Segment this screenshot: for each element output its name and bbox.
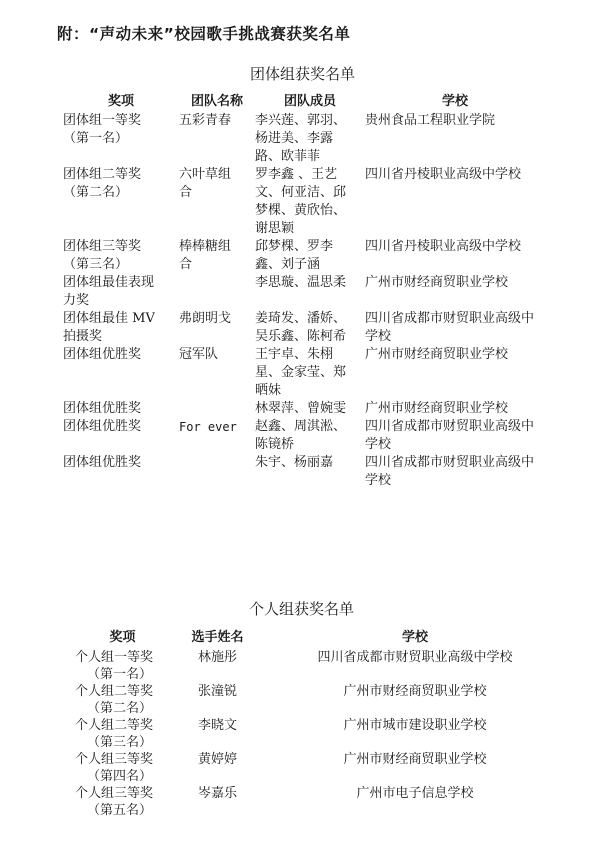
contestant-name-cell: 岑嘉乐 bbox=[198, 786, 237, 801]
team-name-cell: 六叶草组合 bbox=[179, 166, 237, 202]
team-name-cell: 冠军队 bbox=[179, 346, 237, 364]
team-section-title-text: 团体组获奖名单 bbox=[250, 65, 355, 83]
members-cell: 朱宇、杨丽嘉 bbox=[255, 454, 355, 472]
table-row: 团体组优胜奖 For ever 赵鑫、周淇淞、陈镜桥 四川省成都市财贸职业高级中… bbox=[63, 418, 545, 454]
award-cell: 个人组一等奖 bbox=[75, 649, 170, 666]
individual-awards-table: 奖项 选手姓名 学校 个人组一等奖（第一名） 林施彤 四川省成都市财贸职业高级中… bbox=[75, 627, 565, 819]
header-school: 学校 bbox=[265, 627, 565, 649]
table-row: 团体组一等奖（第一名） 五彩青春 李兴莲、郭羽、杨进美、李露路、欧菲菲 贵州食品… bbox=[63, 112, 545, 166]
members-cell: 李思璇、温思柔 bbox=[255, 274, 355, 292]
table-row: 团体组二等奖（第二名） 六叶草组合 罗李鑫 、王艺文、何亚洁、邱梦棵、黄欣怡、谢… bbox=[63, 166, 545, 238]
rank-cell: （第二名） bbox=[75, 700, 170, 717]
table-header-row: 奖项 选手姓名 学校 bbox=[75, 627, 565, 649]
table-row: 团体组最佳表现力奖 李思璇、温思柔 广州市财经商贸职业学校 bbox=[63, 274, 545, 310]
contestant-name-cell: 李晓文 bbox=[198, 718, 237, 733]
table-row: 个人组三等奖（第四名） 黄婷婷 广州市财经商贸职业学校 bbox=[75, 751, 565, 785]
table-row: 团体组优胜奖 冠军队 王宇卓、朱栩星、金家莹、郑晒妹 广州市财经商贸职业学校 bbox=[63, 346, 545, 400]
individual-section-title: 个人组获奖名单 bbox=[0, 598, 615, 619]
rank-cell: （第三名） bbox=[75, 734, 170, 751]
header-award: 奖项 bbox=[63, 92, 179, 112]
contestant-name-cell: 黄婷婷 bbox=[198, 752, 237, 767]
rank-cell: （第五名） bbox=[75, 802, 170, 819]
team-name-cell: For ever bbox=[179, 418, 237, 436]
school-cell: 广州市财经商贸职业学校 bbox=[343, 752, 486, 767]
header-members: 团队成员 bbox=[255, 92, 365, 112]
header-school: 学校 bbox=[365, 92, 545, 112]
members-cell: 邱梦棵、罗李鑫、刘子涵 bbox=[255, 238, 355, 274]
school-cell: 广州市财经商贸职业学校 bbox=[365, 346, 540, 364]
award-cell: 团体组优胜奖 bbox=[63, 418, 163, 436]
members-cell: 林翠萍、曾婉雯 bbox=[255, 400, 355, 418]
school-cell: 广州市电子信息学校 bbox=[356, 786, 473, 801]
team-name-cell: 五彩青春 bbox=[179, 112, 237, 130]
header-award: 奖项 bbox=[75, 627, 170, 649]
members-cell: 王宇卓、朱栩星、金家莹、郑晒妹 bbox=[255, 346, 355, 400]
school-cell: 广州市财经商贸职业学校 bbox=[365, 400, 540, 418]
members-cell: 姜琦发、潘娇、吴乐鑫、陈柯希 bbox=[255, 310, 355, 346]
individual-section-title-text: 个人组获奖名单 bbox=[249, 600, 354, 618]
header-team-name: 团队名称 bbox=[179, 92, 255, 112]
table-row: 团体组优胜奖 朱宇、杨丽嘉 四川省成都市财贸职业高级中学校 bbox=[63, 454, 545, 490]
team-section-title: 团体组获奖名单 bbox=[0, 63, 615, 84]
award-cell: 团体组最佳 MV 拍摄奖 bbox=[63, 310, 163, 346]
award-cell: 个人组二等奖 bbox=[75, 683, 170, 700]
table-row: 团体组最佳 MV 拍摄奖 弗朗明戈 姜琦发、潘娇、吴乐鑫、陈柯希 四川省成都市财… bbox=[63, 310, 545, 346]
rank-cell: （第四名） bbox=[75, 768, 170, 785]
members-cell: 罗李鑫 、王艺文、何亚洁、邱梦棵、黄欣怡、谢思颖 bbox=[255, 166, 355, 238]
table-row: 团体组优胜奖 林翠萍、曾婉雯 广州市财经商贸职业学校 bbox=[63, 400, 545, 418]
school-cell: 四川省丹棱职业高级中学校 bbox=[365, 166, 540, 184]
school-cell: 四川省成都市财贸职业高级中学校 bbox=[365, 454, 540, 490]
award-cell: 团体组优胜奖 bbox=[63, 346, 163, 364]
award-cell: 团体组优胜奖 bbox=[63, 400, 163, 418]
school-cell: 广州市城市建设职业学校 bbox=[343, 718, 486, 733]
school-cell: 四川省丹棱职业高级中学校 bbox=[365, 238, 540, 256]
award-cell: 团体组三等奖（第三名） bbox=[63, 238, 163, 274]
document-title: 附：“声动未来”校园歌手挑战赛获奖名单 bbox=[57, 22, 350, 44]
header-contestant-name: 选手姓名 bbox=[170, 627, 265, 649]
team-awards-table: 奖项 团队名称 团队成员 学校 团体组一等奖（第一名） 五彩青春 李兴莲、郭羽、… bbox=[63, 92, 545, 490]
school-cell: 四川省成都市财贸职业高级中学校 bbox=[317, 650, 512, 665]
table-row: 个人组三等奖（第五名） 岑嘉乐 广州市电子信息学校 bbox=[75, 785, 565, 819]
award-cell: 团体组最佳表现力奖 bbox=[63, 274, 163, 310]
members-cell: 李兴莲、郭羽、杨进美、李露路、欧菲菲 bbox=[255, 112, 355, 166]
team-name-cell: 弗朗明戈 bbox=[179, 310, 237, 328]
school-cell: 贵州食品工程职业学院 bbox=[365, 112, 540, 130]
table-row: 个人组二等奖（第三名） 李晓文 广州市城市建设职业学校 bbox=[75, 717, 565, 751]
members-cell: 赵鑫、周淇淞、陈镜桥 bbox=[255, 418, 355, 454]
school-cell: 广州市财经商贸职业学校 bbox=[343, 684, 486, 699]
school-cell: 四川省成都市财贸职业高级中学校 bbox=[365, 418, 540, 454]
rank-cell: （第一名） bbox=[75, 666, 170, 683]
award-cell: 团体组二等奖（第二名） bbox=[63, 166, 163, 202]
table-row: 个人组二等奖（第二名） 张潼锐 广州市财经商贸职业学校 bbox=[75, 683, 565, 717]
school-cell: 广州市财经商贸职业学校 bbox=[365, 274, 540, 292]
table-row: 个人组一等奖（第一名） 林施彤 四川省成都市财贸职业高级中学校 bbox=[75, 649, 565, 683]
award-cell: 个人组三等奖 bbox=[75, 751, 170, 768]
table-header-row: 奖项 团队名称 团队成员 学校 bbox=[63, 92, 545, 112]
award-cell: 团体组优胜奖 bbox=[63, 454, 163, 472]
school-cell: 四川省成都市财贸职业高级中学校 bbox=[365, 310, 540, 346]
award-cell: 个人组三等奖 bbox=[75, 785, 170, 802]
contestant-name-cell: 张潼锐 bbox=[198, 684, 237, 699]
contestant-name-cell: 林施彤 bbox=[198, 650, 237, 665]
team-name-cell: 棒棒糖组合 bbox=[179, 238, 237, 274]
award-cell: 团体组一等奖（第一名） bbox=[63, 112, 163, 148]
table-row: 团体组三等奖（第三名） 棒棒糖组合 邱梦棵、罗李鑫、刘子涵 四川省丹棱职业高级中… bbox=[63, 238, 545, 274]
award-cell: 个人组二等奖 bbox=[75, 717, 170, 734]
